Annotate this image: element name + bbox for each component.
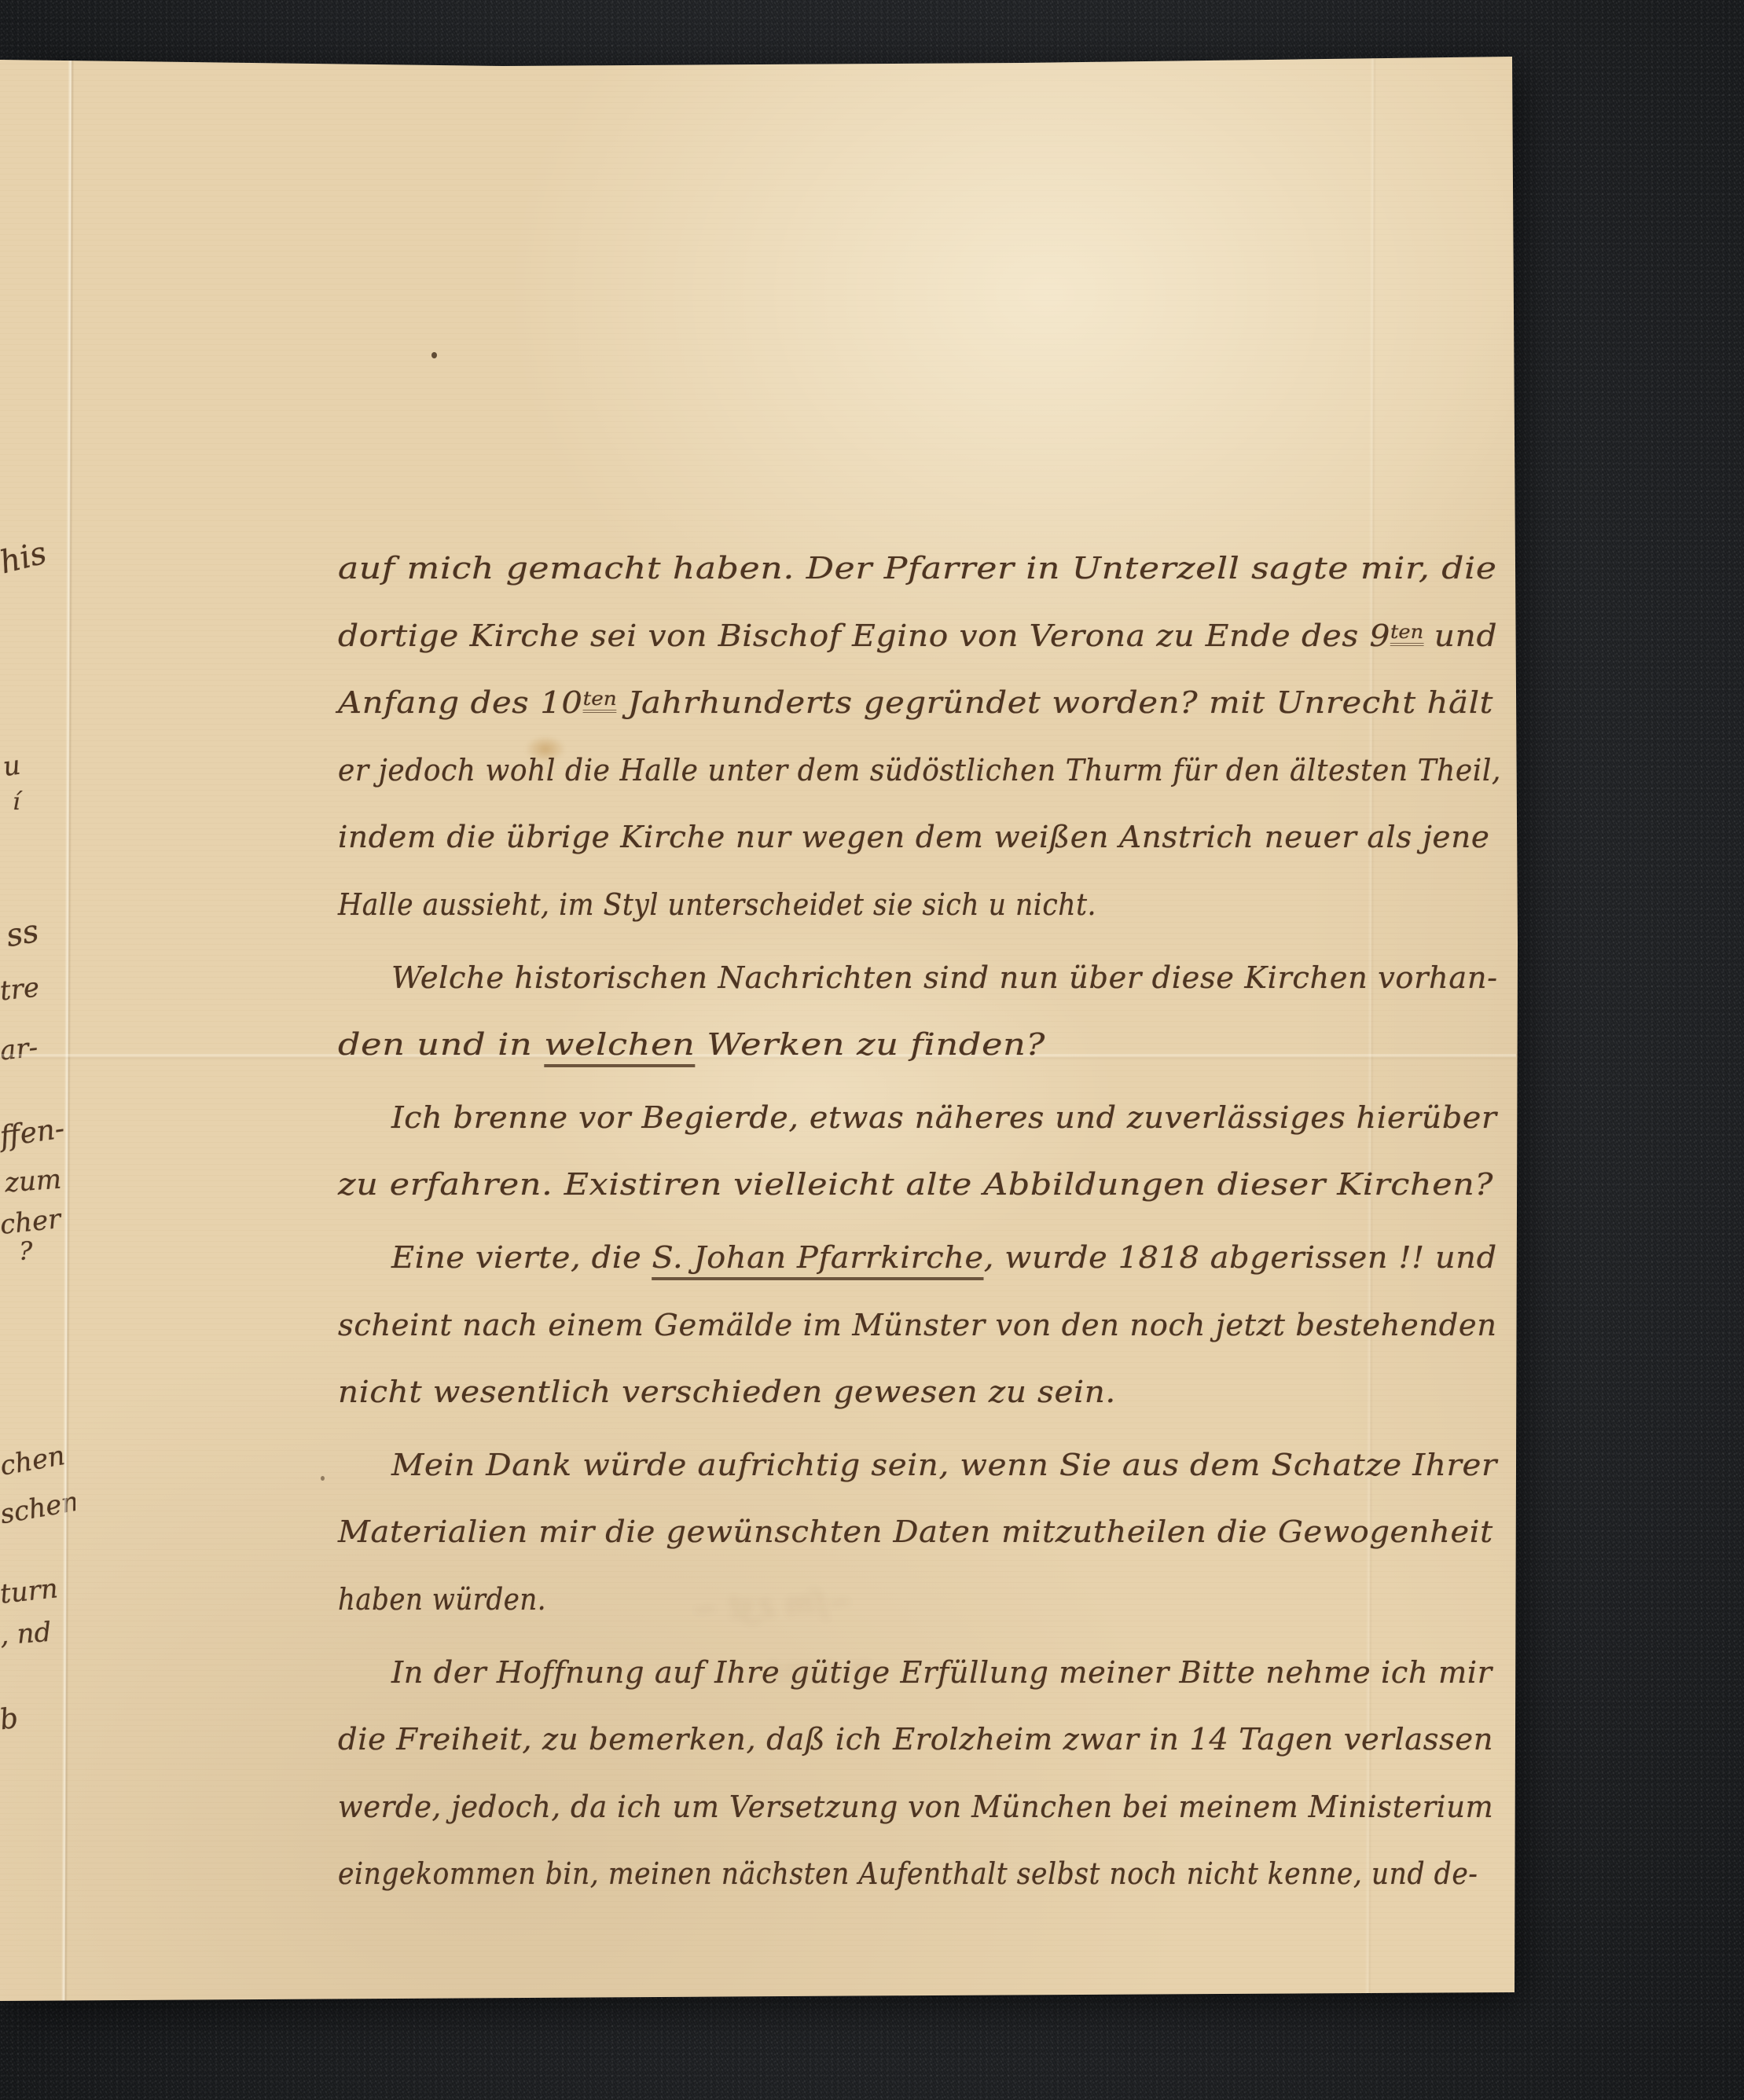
manuscript-text-segment: eingekommen bin, meinen nächsten Aufenth… [338, 1856, 1478, 1891]
manuscript-line: die Freiheit, zu bemerken, daß ich Erolz… [338, 1723, 1493, 1757]
manuscript-text-segment: scheint nach einem Gemälde im Münster vo… [338, 1308, 1497, 1342]
manuscript-line: Anfang des 10ten Jahrhunderts gegründet … [338, 686, 1493, 721]
manuscript-text-segment: In der Hoffnung auf Ihre gütige Erfüllun… [391, 1655, 1492, 1690]
manuscript-text-segment: haben würden. [338, 1582, 546, 1617]
manuscript-text-segment: den und in [338, 1027, 544, 1062]
manuscript-text-segment: werde, jedoch, da ich um Versetzung von … [338, 1790, 1493, 1824]
adjacent-page-text-fragment: zum [4, 1166, 62, 1197]
manuscript-text-segment: welchen [544, 1027, 695, 1067]
manuscript-line: Eine vierte, die S. Johan Pfarrkirche, w… [391, 1241, 1497, 1276]
manuscript-line: In der Hoffnung auf Ihre gütige Erfüllun… [391, 1656, 1492, 1691]
manuscript-line: den und in welchen Werken zu finden? [338, 1028, 1045, 1063]
manuscript-text-segment: ten [583, 688, 617, 713]
manuscript-line: er jedoch wohl die Halle unter dem südös… [338, 754, 1501, 788]
manuscript-line: dortige Kirche sei von Bischof Egino von… [338, 619, 1497, 654]
adjacent-page-text-fragment: chen [0, 1442, 67, 1480]
adjacent-page-text-fragment: í [13, 791, 20, 814]
manuscript-text-segment: S. Johan Pfarrkirche [652, 1240, 984, 1280]
manuscript-line: Ich brenne vor Begierde, etwas näheres u… [391, 1101, 1497, 1136]
ink-speck [431, 352, 437, 358]
manuscript-line: Halle aussieht, im Styl unterscheidet si… [338, 888, 1096, 923]
manuscript-line: auf mich gemacht haben. Der Pfarrer in U… [338, 552, 1497, 586]
manuscript-line: nicht wesentlich verschieden gewesen zu … [338, 1375, 1116, 1410]
ink-speck [321, 1476, 325, 1481]
manuscript-line: eingekommen bin, meinen nächsten Aufenth… [338, 1857, 1478, 1892]
manuscript-line: Welche historischen Nachrichten sind nun… [391, 961, 1498, 996]
manuscript-line: werde, jedoch, da ich um Versetzung von … [338, 1790, 1493, 1825]
manuscript-text-segment: auf mich gemacht haben. Der Pfarrer in U… [338, 551, 1497, 586]
ink-showthrough: ~ſm zʒt ~ [691, 1584, 854, 1628]
manuscript-text-segment: zu erfahren. Existiren vielleicht alte A… [338, 1167, 1493, 1202]
manuscript-line: haben würden. [338, 1583, 546, 1617]
manuscript-text-segment: ten [1390, 621, 1423, 646]
adjacent-page-text-fragment: his [0, 537, 50, 578]
manuscript-text-segment: Anfang des 10 [338, 685, 583, 720]
adjacent-page-text-fragment: u [2, 752, 22, 781]
adjacent-page-text-fragment: turn [0, 1575, 59, 1608]
manuscript-text-segment: Mein Dank würde aufrichtig sein, wenn Si… [391, 1448, 1497, 1482]
manuscript-text-segment: Materialien mir die gewünschten Daten mi… [338, 1514, 1493, 1549]
manuscript-text-segment: Jahrhunderts gegründet worden? mit Unrec… [617, 685, 1493, 720]
manuscript-line: scheint nach einem Gemälde im Münster vo… [338, 1309, 1497, 1343]
manuscript-text-segment: Halle aussieht, im Styl unterscheidet si… [338, 887, 1096, 922]
adjacent-page-text-fragment: cher [0, 1206, 62, 1239]
adjacent-page-text-fragment: ? [19, 1239, 32, 1264]
manuscript-text-segment: er jedoch wohl die Halle unter dem südös… [338, 753, 1501, 787]
adjacent-page-text-fragment: tre [0, 974, 41, 1004]
manuscript-text-segment: Welche historischen Nachrichten sind nun… [391, 960, 1498, 995]
manuscript-text-segment: Eine vierte, die [391, 1240, 652, 1275]
fold-crease-right [1365, 0, 1377, 2100]
manuscript-line: indem die übrige Kirche nur wegen dem we… [338, 821, 1490, 855]
letter-sheet-wrapper: hisuísstrear-ffen-zumcher?chenschenturn,… [0, 0, 1744, 2100]
manuscript-text-segment: nicht wesentlich verschieden gewesen zu … [338, 1375, 1116, 1409]
manuscript-text-segment: Ich brenne vor Begierde, etwas näheres u… [391, 1100, 1497, 1135]
adjacent-page-text-fragment: ss [4, 916, 41, 953]
manuscript-line: zu erfahren. Existiren vielleicht alte A… [338, 1168, 1493, 1202]
manuscript-text-segment: Werken zu finden? [695, 1027, 1045, 1062]
manuscript-text-segment: dortige Kirche sei von Bischof Egino von… [338, 619, 1390, 653]
manuscript-text-segment: die Freiheit, zu bemerken, daß ich Erolz… [338, 1722, 1493, 1757]
adjacent-page-text-fragment: , nd [0, 1619, 52, 1649]
photo-of-handwritten-letter: { "document": { "kind": "handwritten let… [0, 0, 1744, 2100]
adjacent-page-text-fragment: ar- [0, 1034, 39, 1065]
letter-sheet: hisuísstrear-ffen-zumcher?chenschenturn,… [0, 0, 1744, 2100]
manuscript-line: Materialien mir die gewünschten Daten mi… [338, 1515, 1493, 1550]
manuscript-text-segment: , wurde 1818 abgerissen !! und [984, 1240, 1497, 1275]
adjacent-page-text-fragment: ffen- [0, 1114, 66, 1151]
ink-speck [894, 2029, 898, 2033]
adjacent-page-text-fragment: b [0, 1705, 20, 1735]
manuscript-line: Mein Dank würde aufrichtig sein, wenn Si… [391, 1448, 1497, 1483]
manuscript-text-segment: und [1423, 619, 1497, 653]
manuscript-text-segment: indem die übrige Kirche nur wegen dem we… [338, 820, 1490, 854]
